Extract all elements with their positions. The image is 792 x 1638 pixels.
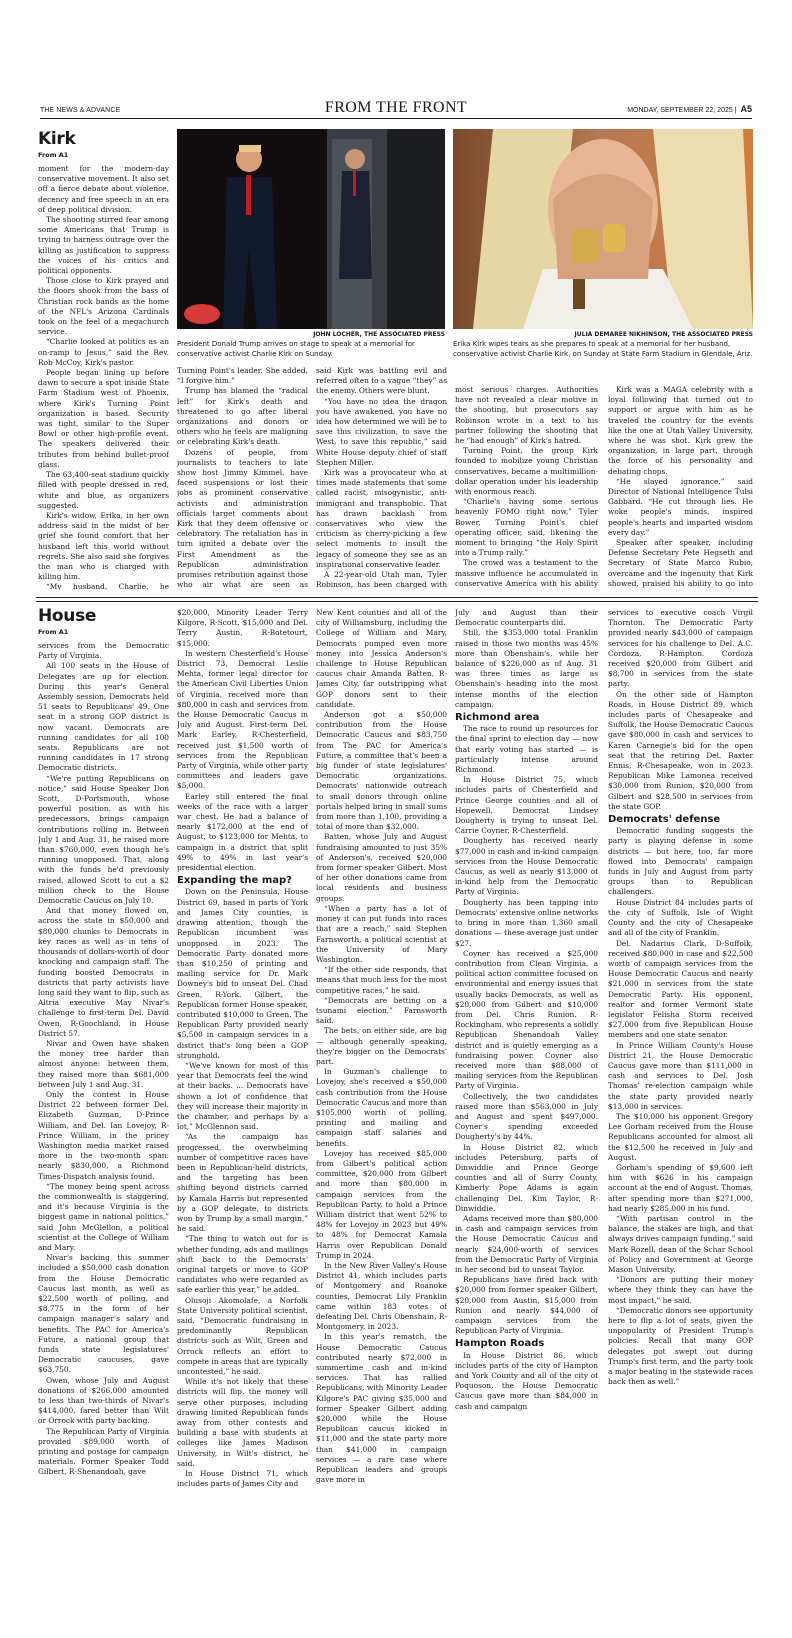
paragraph: People began lining up before dawn to se… (38, 368, 169, 470)
paragraph: And that money flowed on, across the sta… (38, 906, 169, 1039)
paragraph: In House District 75, which includes par… (455, 775, 598, 836)
paragraph: Turning Point's leader. She added, “I fo… (177, 366, 308, 386)
paragraph: Dozens of people, from journalists to te… (177, 448, 308, 590)
photo-agency: THE ASSOCIATED PRESS (670, 331, 753, 338)
kirk-headline: Kirk (38, 129, 76, 149)
subheading: Richmond area (455, 713, 598, 723)
paragraph: “He slayed ignorance,” said Director of … (608, 477, 753, 538)
paragraph: Only the contest in House District 22 be… (38, 1090, 169, 1182)
paragraph: Batten, whose July and August fundraisin… (316, 832, 447, 903)
paragraph: “Charlie looked at politics as an on-ram… (38, 337, 169, 368)
paragraph: Coyner has received a $25,000 contributi… (455, 949, 598, 1092)
paragraph: Kirk was a MAGA celebrity with a loyal f… (608, 385, 753, 477)
paragraph: Kirk's widow, Erika, in her own address … (38, 511, 169, 582)
paragraph: Dougherty has received nearly $77,000 in… (455, 836, 598, 897)
paragraph: Anderson got a $50,000 contribution from… (316, 710, 447, 832)
paragraph: July and August than their Democratic co… (455, 608, 598, 628)
date-and-page: MONDAY, SEPTEMBER 22, 2025 | A5 (627, 104, 752, 114)
paragraph: “We're putting Republicans on notice,” s… (38, 774, 169, 907)
paragraph: Nivar's backing this summer included a $… (38, 1253, 169, 1375)
paragraph: Olusoji Akomolafe, a Norfolk State Unive… (177, 1296, 308, 1378)
photo-erika-kirk (453, 129, 753, 329)
paragraph: Down on the Peninsula, House District 69… (177, 887, 308, 1060)
subheading: Expanding the map? (177, 876, 308, 886)
paragraph: The $10,000 his opponent Gregory Lee Gor… (608, 1112, 753, 1163)
photographer-name: JOHN LOCHER, (313, 331, 362, 338)
paragraph: “We've known for most of this year that … (177, 1061, 308, 1132)
paragraph: In House District 86, which includes par… (455, 1351, 598, 1412)
paragraph: Speaker after speaker, including Defense… (608, 538, 753, 590)
paragraph: Nivar and Owen have shaken the money tre… (38, 1039, 169, 1090)
photo-trump-arrives (177, 129, 445, 329)
house-column-4: July and August than their Democratic co… (455, 608, 598, 1601)
paragraph: Owen, whose July and August donations of… (38, 1376, 169, 1427)
house-column-1: services from the Democratic Party of Vi… (38, 641, 169, 1601)
paragraph: While it's not likely that these distric… (177, 1377, 308, 1469)
erika-photo-illustration (453, 129, 753, 329)
paragraph: In House District 71, which includes par… (177, 1469, 308, 1489)
paragraph: “Democrats are betting on a tsunami elec… (316, 996, 447, 1027)
photographer-name: JULIA DEMAREE NIKHINSON, (575, 331, 670, 338)
paragraph: services from the Democratic Party of Vi… (38, 641, 169, 661)
paragraph: In Prince William County's House Distric… (608, 1041, 753, 1112)
kirk-column-5: Kirk was a MAGA celebrity with a loyal f… (608, 385, 753, 590)
paragraph: “You have no idea the dragon you have aw… (316, 397, 447, 468)
photo-agency: THE ASSOCIATED PRESS (362, 331, 445, 338)
paragraph: In Guzman's challenge to Lovejoy, she's … (316, 1067, 447, 1149)
paragraph: most serious charges. Authorities have n… (455, 385, 598, 446)
paragraph: “My husband, Charlie, he wanted to save … (38, 582, 169, 590)
paragraph: services to executive coach Virgil Thorn… (608, 608, 753, 690)
paragraph: Lovejoy has received $85,000 from Gilber… (316, 1149, 447, 1261)
paragraph: $20,000, Minority Leader Terry Kilgore, … (177, 608, 308, 649)
paragraph: A 22-year-old Utah man, Tyler Robinson, … (316, 570, 447, 590)
house-jump-line: From A1 (38, 628, 68, 636)
paragraph: Republicans have fired back with $20,000… (455, 1275, 598, 1336)
paragraph: Adams received more than $80,000 in cash… (455, 1214, 598, 1275)
paragraph: All 100 seats in the House of Delegates … (38, 661, 169, 773)
paragraph: Kirk was a provocateur who at times made… (316, 468, 447, 570)
paragraph: Gorham's spending of $9,600 left him wit… (608, 1163, 753, 1214)
issue-date: MONDAY, SEPTEMBER 22, 2025 (627, 107, 733, 114)
paragraph: The race to round up resources for the f… (455, 724, 598, 775)
photo-caption-1: President Donald Trump arrives on stage … (177, 340, 445, 359)
paragraph: In this year's rematch, the House Democr… (316, 1332, 447, 1485)
paragraph: “With partisan control in the balance, t… (608, 1214, 753, 1275)
paragraph: House District 84 includes parts of the … (608, 898, 753, 939)
house-column-5: services to executive coach Virgil Thorn… (608, 608, 753, 1601)
paragraph: “Donors are putting their money where th… (608, 1275, 753, 1306)
paragraph: moment for the modern-day conservative m… (38, 164, 169, 215)
kirk-column-3: said Kirk was battling evil and referred… (316, 366, 447, 590)
kirk-column-2: Turning Point's leader. She added, “I fo… (177, 366, 308, 590)
paragraph: Del. Nadarius Clark, D-Suffolk, received… (608, 939, 753, 1041)
photo-credit-1: JOHN LOCHER, THE ASSOCIATED PRESS (177, 331, 445, 338)
paragraph: On the other side of Hampton Roads, in H… (608, 690, 753, 812)
paragraph: In western Chesterfield's House District… (177, 649, 308, 792)
kirk-column-1: moment for the modern-day conservative m… (38, 164, 169, 590)
house-headline: House (38, 606, 96, 626)
trump-photo-illustration (177, 129, 445, 329)
paragraph: In House District 82, which includes Pet… (455, 1143, 598, 1214)
subheading: Democrats' defense (608, 815, 753, 825)
house-column-2: $20,000, Minority Leader Terry Kilgore, … (177, 608, 308, 1601)
separator: | (735, 107, 737, 114)
paragraph: Trump has blamed the “radical left” for … (177, 386, 308, 447)
paragraph: “The thing to watch out for is whether f… (177, 1234, 308, 1295)
paragraph: “Charlie's having some serious heavenly … (455, 497, 598, 558)
paragraph: The bets, on either side, are big — alth… (316, 1026, 447, 1067)
paragraph: “As the campaign has progressed, the ove… (177, 1132, 308, 1234)
paragraph: Turning Point, the group Kirk founded to… (455, 446, 598, 497)
paragraph: “When a party has a lot of money it can … (316, 904, 447, 965)
photo-credit-2: JULIA DEMAREE NIKHINSON, THE ASSOCIATED … (453, 331, 753, 338)
paragraph: The 63,400-seat stadium quickly filled w… (38, 470, 169, 511)
photo-caption-2: Erika Kirk wipes tears as she prepares t… (453, 340, 753, 359)
story-divider (36, 597, 758, 602)
paragraph: said Kirk was battling evil and referred… (316, 366, 447, 397)
paragraph: Collectively, the two candidates raised … (455, 1092, 598, 1143)
paragraph: In the New River Valley's House District… (316, 1261, 447, 1332)
subheading: Hampton Roads (455, 1339, 598, 1349)
page-masthead: THE NEWS & ADVANCE FROM THE FRONT MONDAY… (40, 98, 752, 119)
paragraph: Democratic funding suggests the party is… (608, 826, 753, 897)
paragraph: Still, the $353,000 total Franklin raise… (455, 628, 598, 710)
paragraph: “Democratic donors see opportunity here … (608, 1306, 753, 1388)
kirk-jump-line: From A1 (38, 151, 68, 159)
paragraph: Dougherty has been tapping into Democrat… (455, 898, 598, 949)
paragraph: The crowd was a testament to the massive… (455, 558, 598, 590)
kirk-column-4: most serious charges. Authorities have n… (455, 385, 598, 590)
paragraph: “The money being spent across the common… (38, 1182, 169, 1253)
paragraph: Earley still entered the final weeks of … (177, 792, 308, 874)
house-column-3: New Kent counties and all of the city of… (316, 608, 447, 1601)
paragraph: The Republican Party of Virginia provide… (38, 1427, 169, 1478)
paragraph: New Kent counties and all of the city of… (316, 608, 447, 710)
paragraph: Those close to Kirk prayed and the floor… (38, 276, 169, 337)
page-number: A5 (740, 104, 752, 114)
paragraph: The shooting stirred fear among some Ame… (38, 215, 169, 276)
paragraph: “If the other side responds, that means … (316, 965, 447, 996)
